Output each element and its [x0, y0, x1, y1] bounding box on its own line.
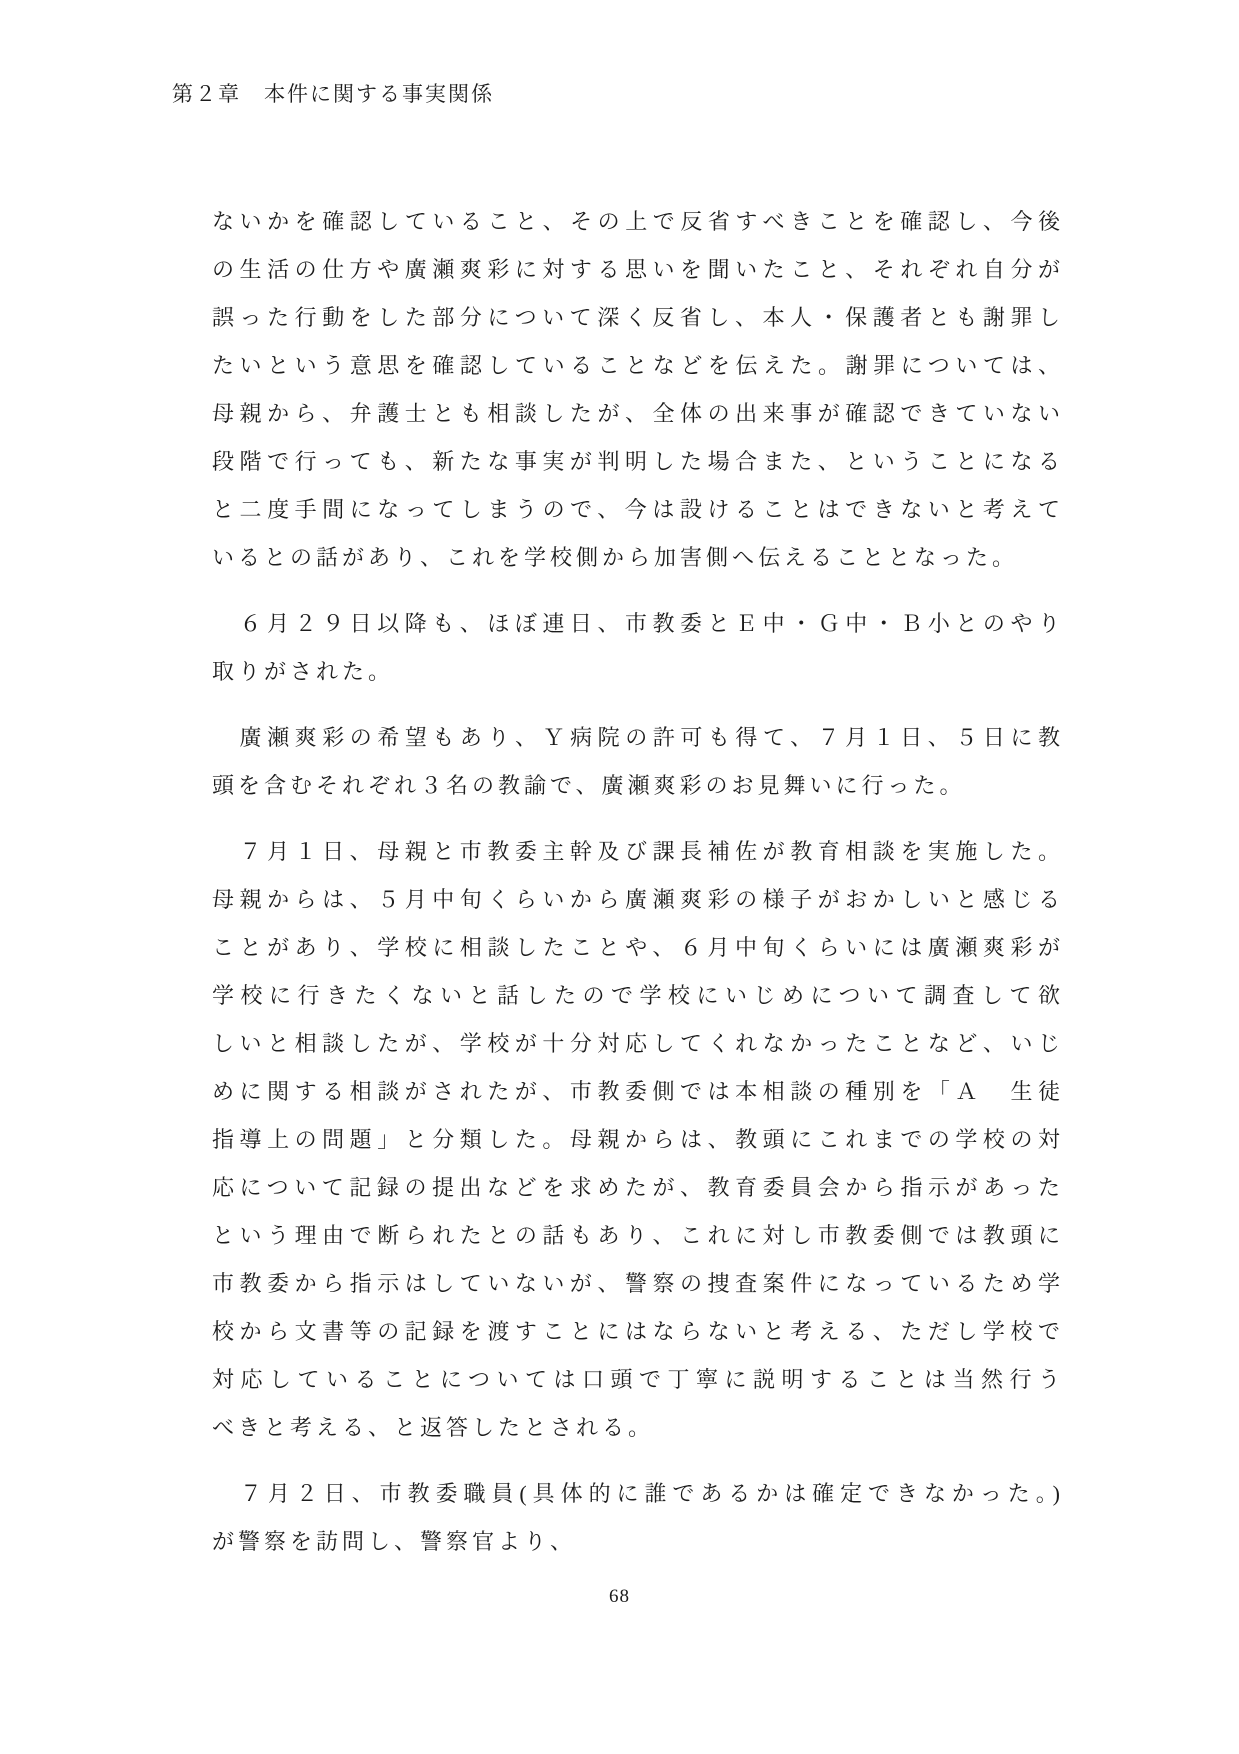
text-line: 校から文書等の記録を渡すことにはならないと考える、ただし学校で	[212, 1308, 1064, 1356]
text-line: 誤った行動をした部分について深く反省し、本人・保護者とも謝罪し	[212, 294, 1064, 342]
text-line: 取りがされた。	[212, 648, 1064, 696]
chapter-header: 第２章 本件に関する事実関係	[172, 78, 494, 108]
text-line: 学校に行きたくないと話したので学校にいじめについて調査して欲	[212, 972, 1064, 1020]
text-line: 頭を含むそれぞれ３名の教諭で、廣瀬爽彩のお見舞いに行った。	[212, 762, 1064, 810]
paragraph: 廣瀬爽彩の希望もあり、Ｙ病院の許可も得て、７月１日、５日に教頭を含むそれぞれ３名…	[212, 714, 1064, 810]
text-line: が警察を訪問し、警察官より、	[212, 1518, 1064, 1566]
text-line: の生活の仕方や廣瀬爽彩に対する思いを聞いたこと、それぞれ自分が	[212, 246, 1064, 294]
text-line: 応について記録の提出などを求めたが、教育委員会から指示があった	[212, 1164, 1064, 1212]
text-line: という理由で断られたとの話もあり、これに対し市教委側では教頭に	[212, 1212, 1064, 1260]
text-line: ないかを確認していること、その上で反省すべきことを確認し、今後	[212, 198, 1064, 246]
text-line: 母親からは、５月中旬くらいから廣瀬爽彩の様子がおかしいと感じる	[212, 876, 1064, 924]
text-line: たいという意思を確認していることなどを伝えた。謝罪については、	[212, 342, 1064, 390]
text-line: と二度手間になってしまうので、今は設けることはできないと考えて	[212, 486, 1064, 534]
text-line: ７月２日、市教委職員(具体的に誰であるかは確定できなかった。)	[212, 1470, 1064, 1518]
text-line: しいと相談したが、学校が十分対応してくれなかったことなど、いじ	[212, 1020, 1064, 1068]
text-line: いるとの話があり、これを学校側から加害側へ伝えることとなった。	[212, 534, 1064, 582]
paragraph: ７月２日、市教委職員(具体的に誰であるかは確定できなかった。)が警察を訪問し、警…	[212, 1470, 1064, 1566]
paragraph: ７月１日、母親と市教委主幹及び課長補佐が教育相談を実施した。母親からは、５月中旬…	[212, 828, 1064, 1452]
text-line: 対応していることについては口頭で丁寧に説明することは当然行う	[212, 1356, 1064, 1404]
text-line: べきと考える、と返答したとされる。	[212, 1404, 1064, 1452]
text-line: 段階で行っても、新たな事実が判明した場合また、ということになる	[212, 438, 1064, 486]
paragraph: ６月２９日以降も、ほぼ連日、市教委とＥ中・Ｇ中・Ｂ小とのやり取りがされた。	[212, 600, 1064, 696]
text-line: めに関する相談がされたが、市教委側では本相談の種別を「Ａ 生徒	[212, 1068, 1064, 1116]
text-line: ７月１日、母親と市教委主幹及び課長補佐が教育相談を実施した。	[212, 828, 1064, 876]
text-line: 廣瀬爽彩の希望もあり、Ｙ病院の許可も得て、７月１日、５日に教	[212, 714, 1064, 762]
text-line: 市教委から指示はしていないが、警察の捜査案件になっているため学	[212, 1260, 1064, 1308]
text-line: ６月２９日以降も、ほぼ連日、市教委とＥ中・Ｇ中・Ｂ小とのやり	[212, 600, 1064, 648]
page-number: 68	[0, 1586, 1239, 1608]
document-body: ないかを確認していること、その上で反省すべきことを確認し、今後の生活の仕方や廣瀬…	[212, 198, 1064, 1566]
text-line: 母親から、弁護士とも相談したが、全体の出来事が確認できていない	[212, 390, 1064, 438]
text-line: 指導上の問題」と分類した。母親からは、教頭にこれまでの学校の対	[212, 1116, 1064, 1164]
paragraph: ないかを確認していること、その上で反省すべきことを確認し、今後の生活の仕方や廣瀬…	[212, 198, 1064, 582]
text-line: ことがあり、学校に相談したことや、６月中旬くらいには廣瀬爽彩が	[212, 924, 1064, 972]
document-page: 第２章 本件に関する事実関係 ないかを確認していること、その上で反省すべきことを…	[0, 0, 1239, 1754]
